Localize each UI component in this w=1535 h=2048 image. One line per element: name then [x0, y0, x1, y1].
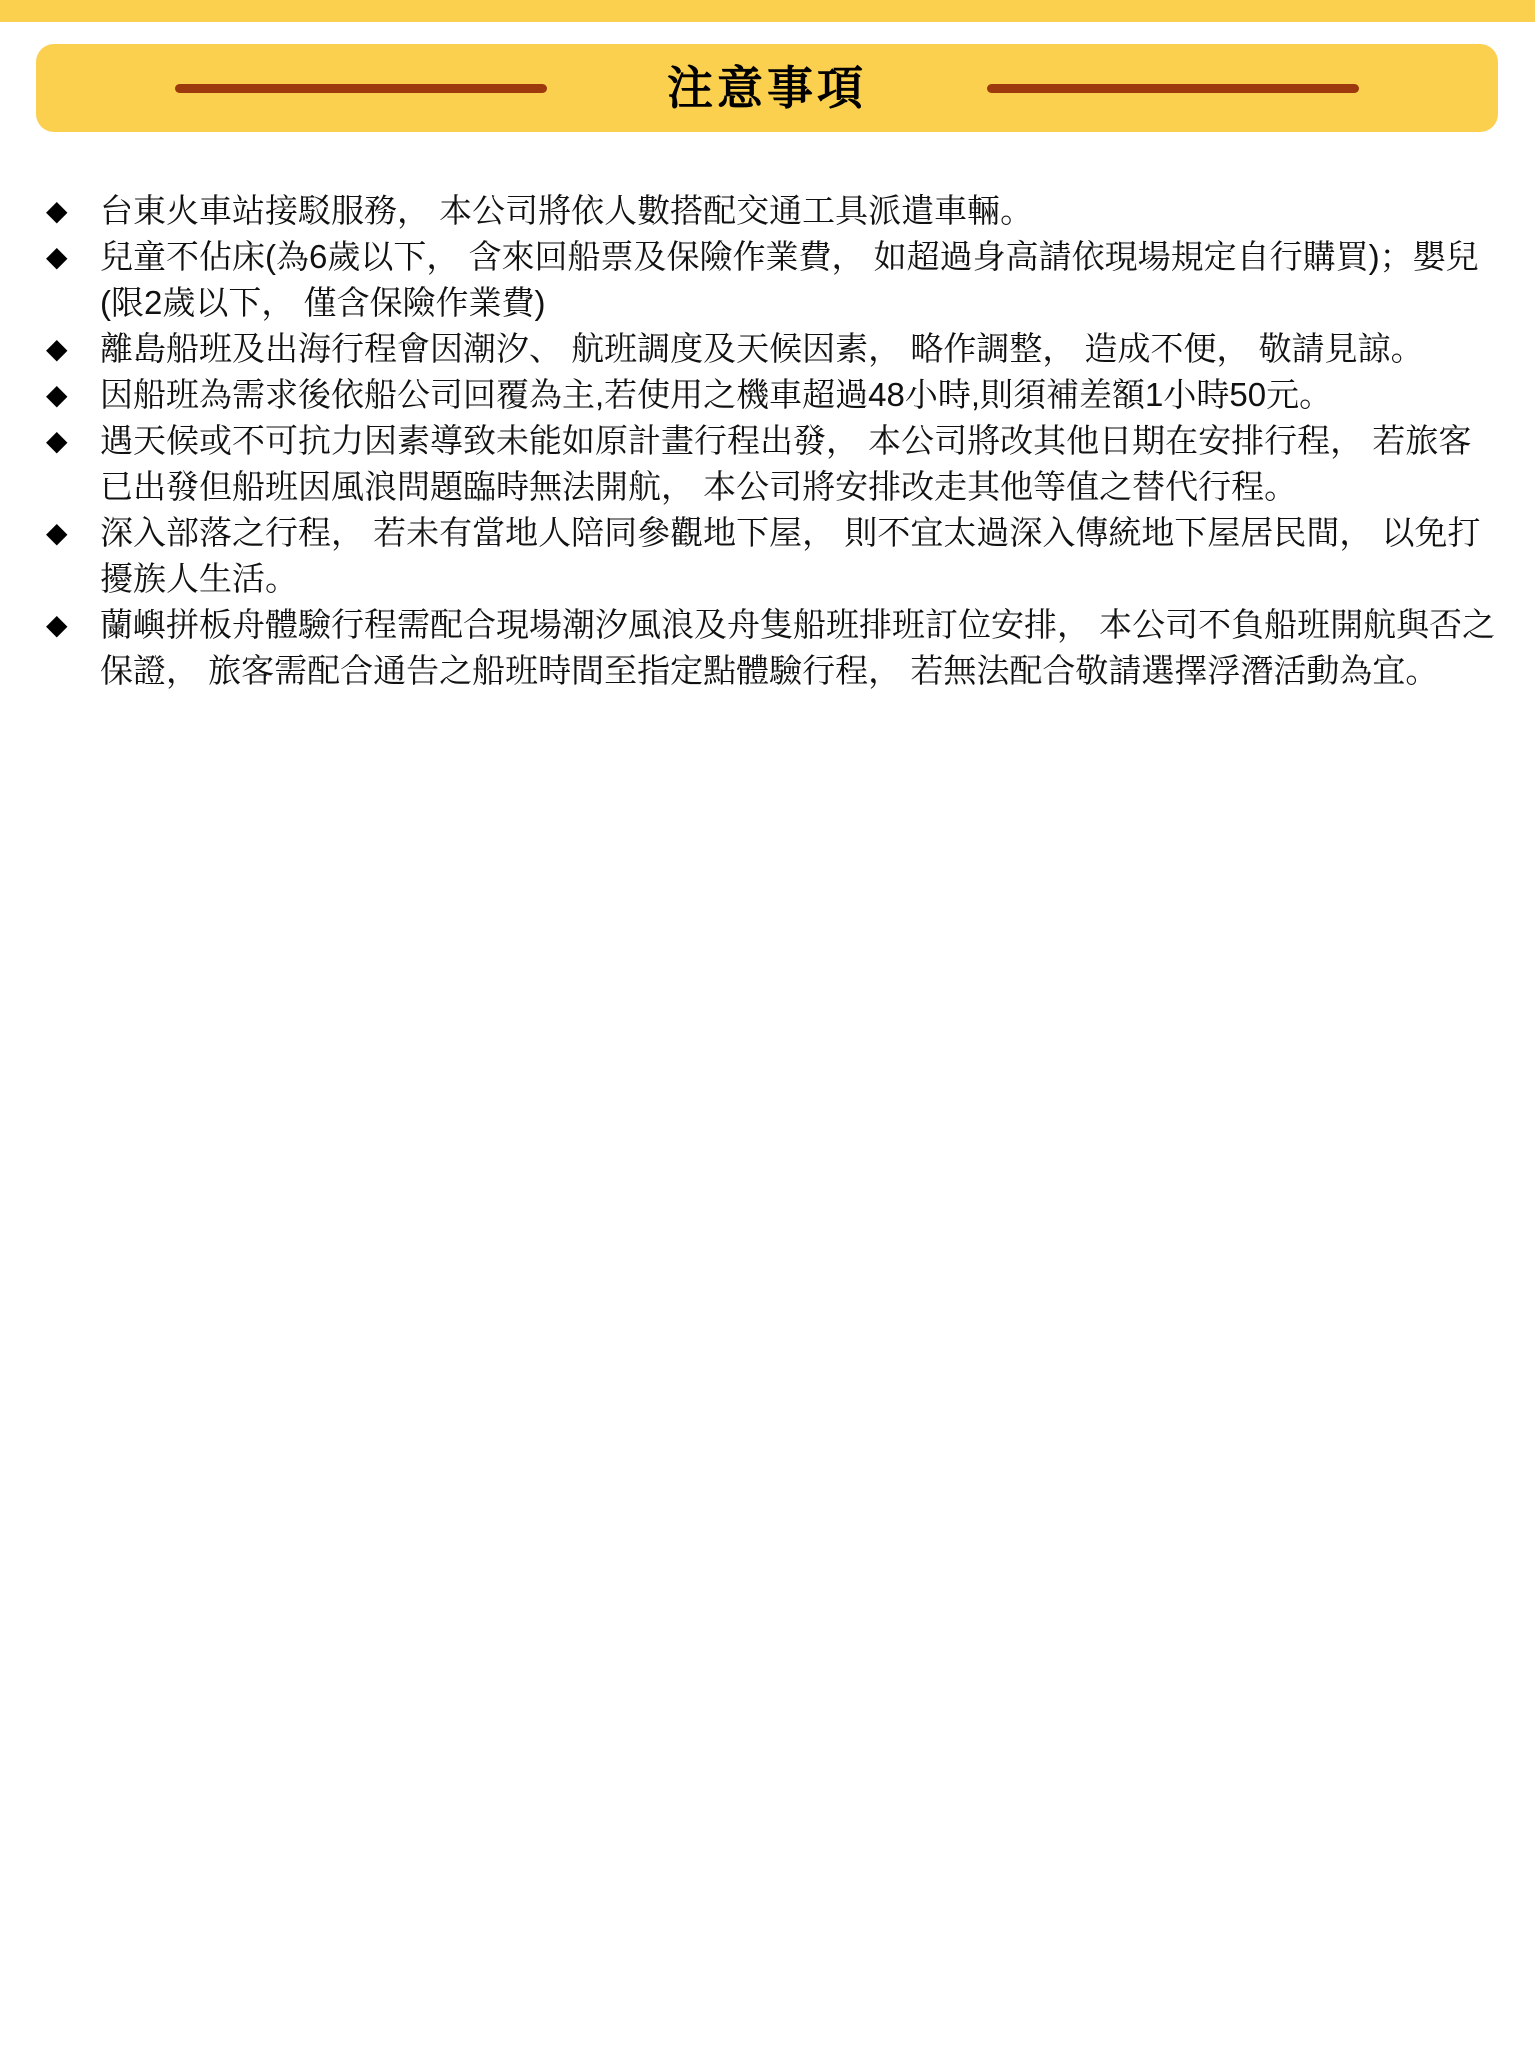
left-rule-line: [175, 84, 547, 93]
notice-text: 離島船班及出海行程會因潮汐、 航班調度及天候因素， 略作調整， 造成不便， 敬請…: [100, 326, 1498, 372]
notices-list: ◆台東火車站接駁服務， 本公司將依人數搭配交通工具派遣車輛。◆兒童不佔床(為6歲…: [46, 188, 1498, 694]
page-title: 注意事項: [667, 65, 867, 111]
notice-text: 兒童不佔床(為6歲以下， 含來回船票及保險作業費， 如超過身高請依現場規定自行購…: [100, 234, 1498, 326]
notice-text: 因船班為需求後依船公司回覆為主,若使用之機車超過48小時,則須補差額1小時50元…: [100, 372, 1498, 418]
diamond-bullet-icon: ◆: [46, 418, 100, 464]
diamond-bullet-icon: ◆: [46, 234, 100, 280]
list-item: ◆因船班為需求後依船公司回覆為主,若使用之機車超過48小時,則須補差額1小時50…: [46, 372, 1498, 418]
diamond-bullet-icon: ◆: [46, 602, 100, 648]
notice-text: 蘭嶼拼板舟體驗行程需配合現場潮汐風浪及舟隻船班排班訂位安排， 本公司不負船班開航…: [100, 602, 1498, 694]
notice-text: 台東火車站接駁服務， 本公司將依人數搭配交通工具派遣車輛。: [100, 188, 1498, 234]
notice-text: 深入部落之行程， 若未有當地人陪同參觀地下屋， 則不宜太過深入傳統地下屋居民間，…: [100, 510, 1498, 602]
list-item: ◆深入部落之行程， 若未有當地人陪同參觀地下屋， 則不宜太過深入傳統地下屋居民間…: [46, 510, 1498, 602]
list-item: ◆遇天候或不可抗力因素導致未能如原計畫行程出發， 本公司將改其他日期在安排行程，…: [46, 418, 1498, 510]
notice-header-banner: 注意事項: [36, 44, 1498, 132]
diamond-bullet-icon: ◆: [46, 510, 100, 556]
diamond-bullet-icon: ◆: [46, 188, 100, 234]
top-border-strip: [0, 0, 1535, 22]
diamond-bullet-icon: ◆: [46, 372, 100, 418]
right-rule-line: [987, 84, 1359, 93]
diamond-bullet-icon: ◆: [46, 326, 100, 372]
list-item: ◆離島船班及出海行程會因潮汐、 航班調度及天候因素， 略作調整， 造成不便， 敬…: [46, 326, 1498, 372]
list-item: ◆台東火車站接駁服務， 本公司將依人數搭配交通工具派遣車輛。: [46, 188, 1498, 234]
list-item: ◆蘭嶼拼板舟體驗行程需配合現場潮汐風浪及舟隻船班排班訂位安排， 本公司不負船班開…: [46, 602, 1498, 694]
list-item: ◆兒童不佔床(為6歲以下， 含來回船票及保險作業費， 如超過身高請依現場規定自行…: [46, 234, 1498, 326]
notice-text: 遇天候或不可抗力因素導致未能如原計畫行程出發， 本公司將改其他日期在安排行程， …: [100, 418, 1498, 510]
